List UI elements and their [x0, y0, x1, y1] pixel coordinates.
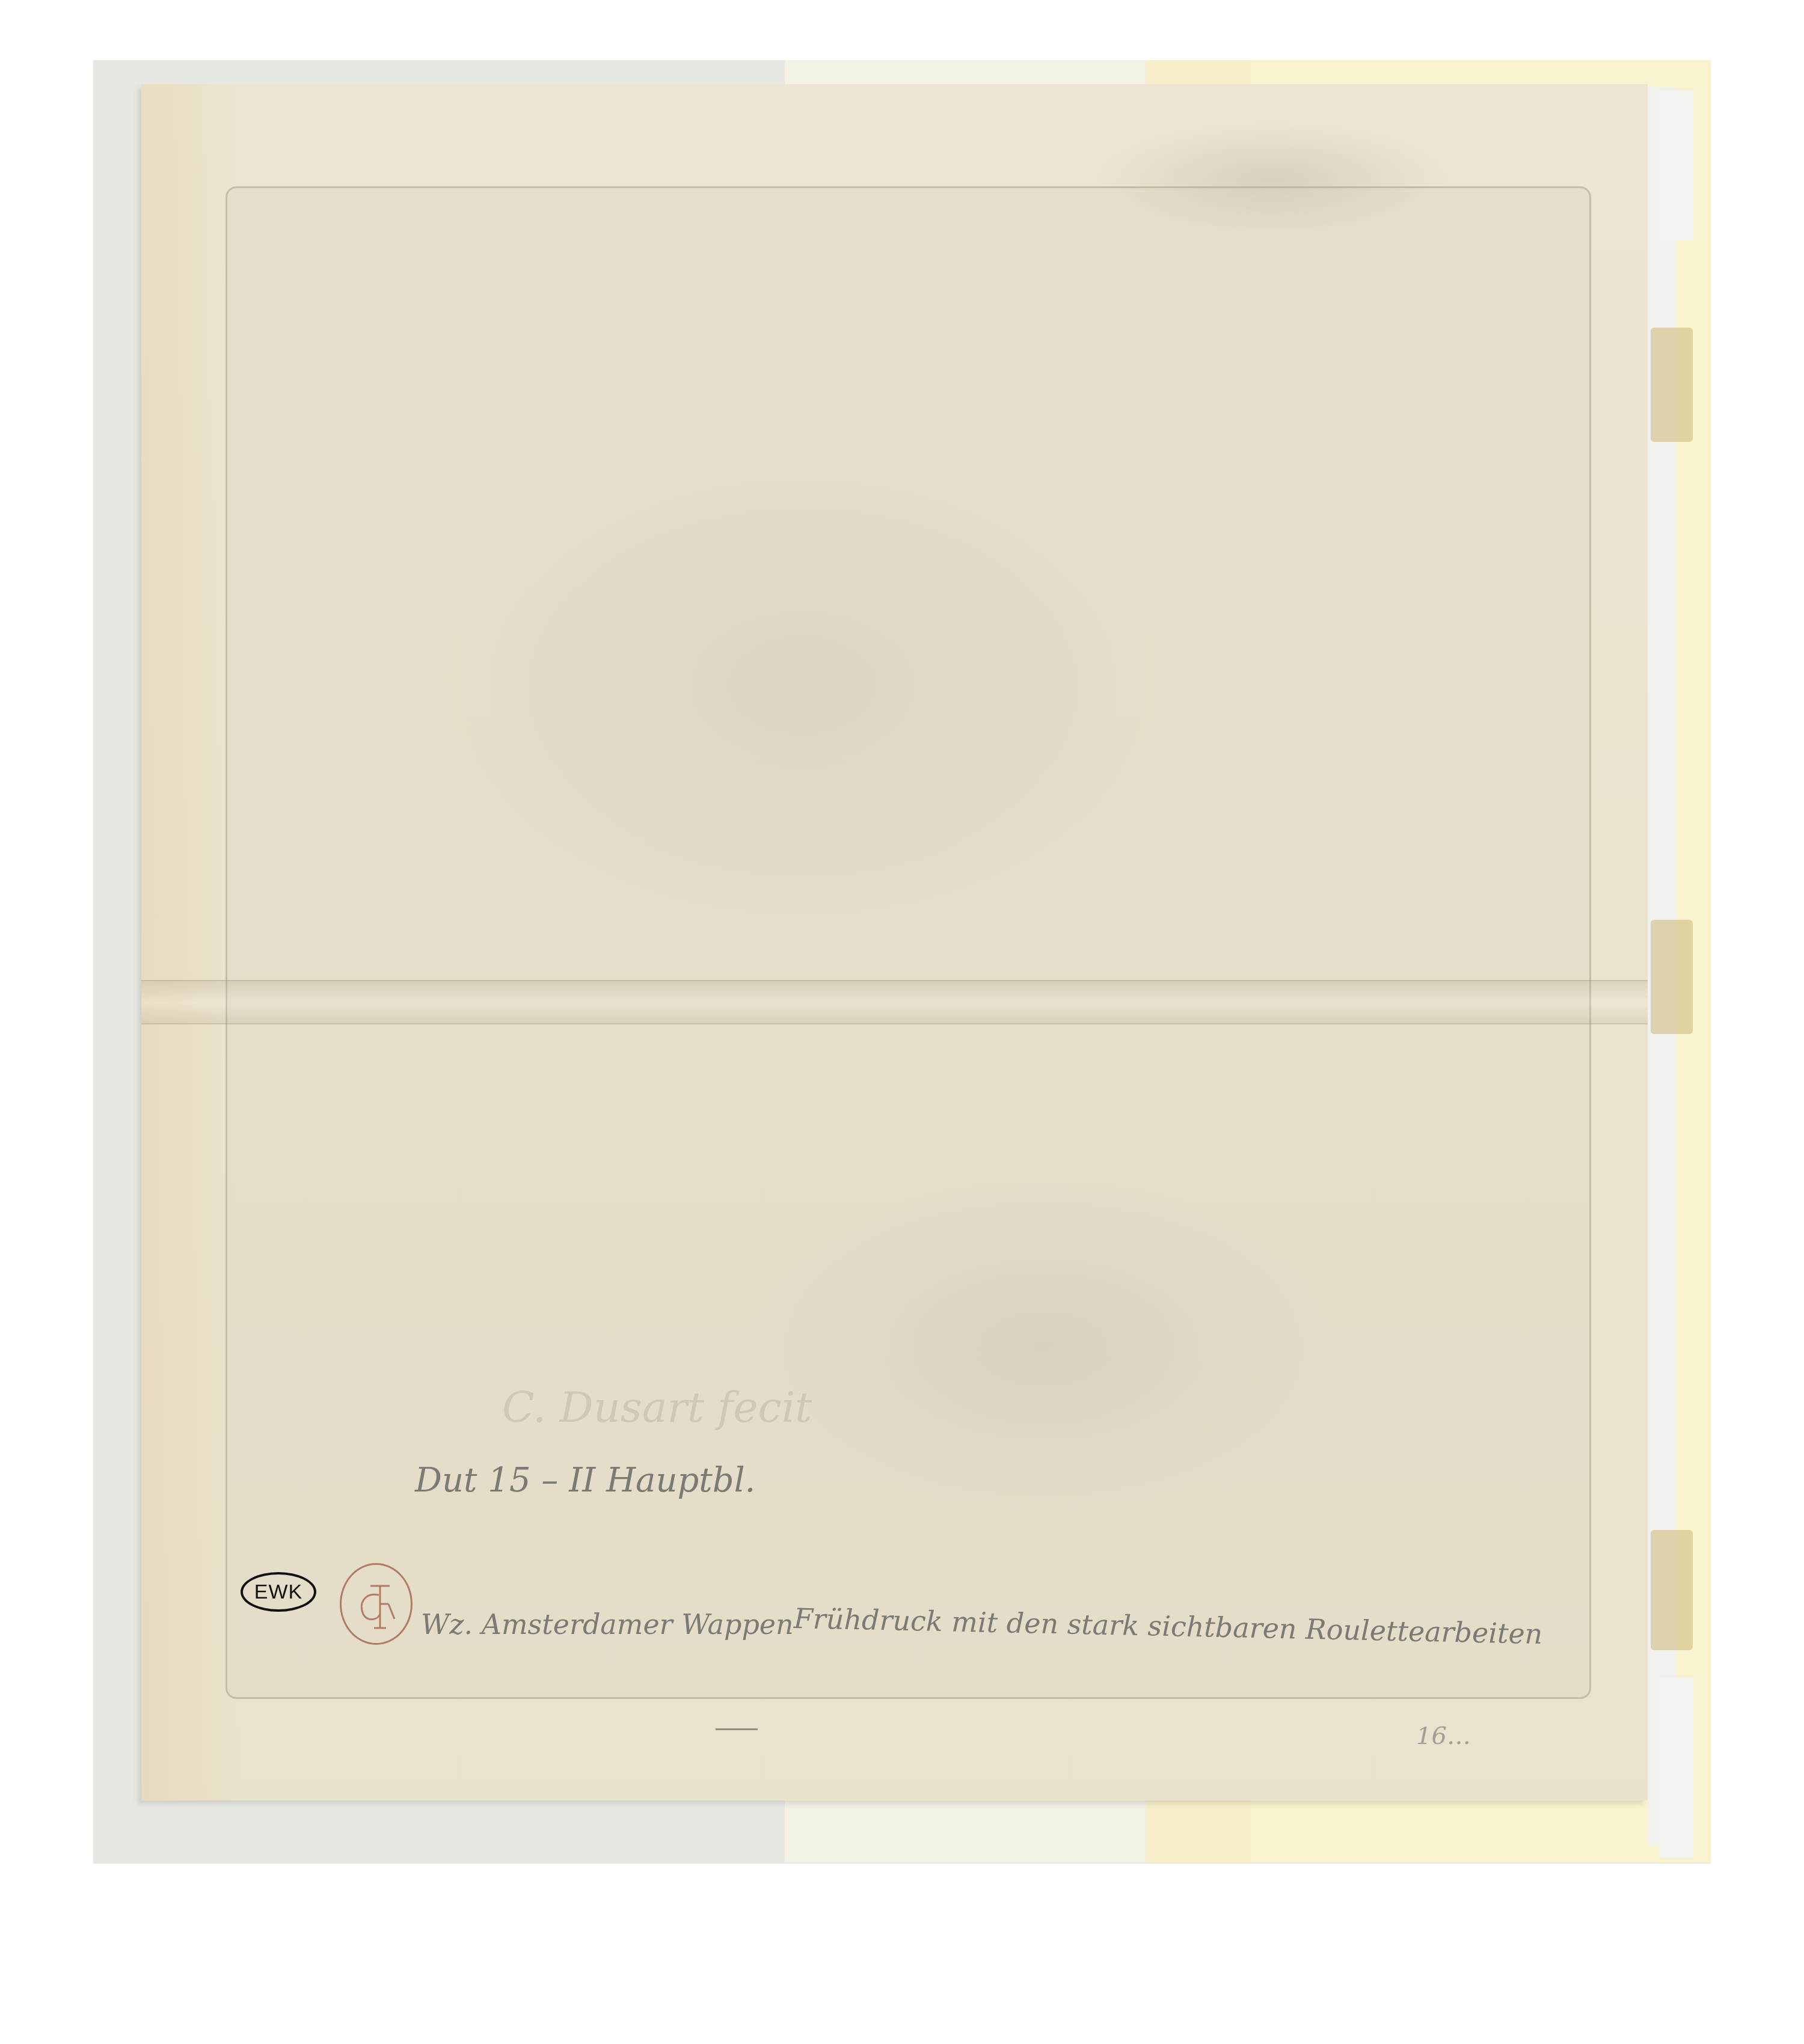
- white-tape-bottom: [1660, 1677, 1693, 1858]
- catalogue-inscription: Dut 15 – II Hauptbl.: [415, 1461, 755, 1500]
- white-tape-top: [1660, 90, 1693, 240]
- tape-hinge-2: [1651, 920, 1693, 1034]
- corner-number-inscription: 16…: [1416, 1722, 1471, 1750]
- ewk-stamp-text: EWK: [254, 1580, 302, 1604]
- show-through-signature: C. Dusart fecit: [502, 1383, 812, 1432]
- tape-hinge-3: [1651, 1530, 1693, 1650]
- ewk-collector-stamp: EWK: [241, 1572, 316, 1612]
- monogram-glyph-icon: [352, 1571, 400, 1637]
- horizontal-fold: [141, 980, 1648, 1024]
- pencil-dash: [716, 1728, 758, 1730]
- foxed-left-edge: [141, 84, 238, 1801]
- watermark-inscription: Wz. Amsterdamer Wappen: [421, 1608, 794, 1641]
- print-sheet-verso: [141, 84, 1648, 1801]
- monogram-stamp-icon: [340, 1563, 413, 1645]
- tape-hinge-1: [1651, 328, 1693, 442]
